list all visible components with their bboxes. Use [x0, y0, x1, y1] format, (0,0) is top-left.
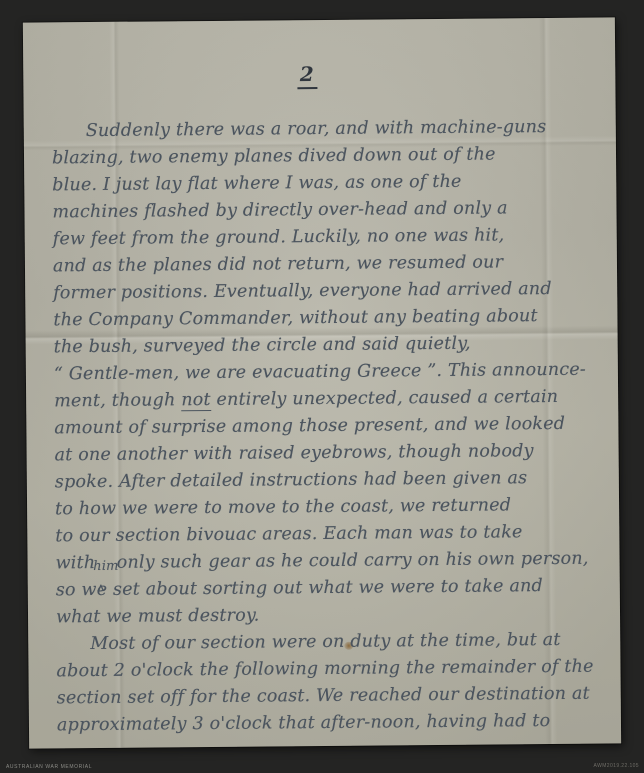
scan-background: 2 Suddenly there was a roar, and with ma…: [0, 0, 644, 773]
page-number: 2: [23, 59, 615, 91]
handwriting-line: spoke. After detailed instructions had b…: [55, 465, 607, 497]
handwriting-line: the Company Commander, without any beati…: [53, 303, 605, 335]
caret-icon: ʌ: [97, 573, 104, 600]
handwriting-line: so we set about sorting out what we were…: [56, 573, 608, 605]
handwritten-text: Suddenly there was a roar, and with mach…: [52, 114, 609, 740]
handwriting-line: approximately 3 o'clock that after-noon,…: [57, 708, 609, 740]
accession-number: AWM2019.22.105: [594, 763, 639, 769]
letter-page: 2 Suddenly there was a roar, and with ma…: [23, 17, 621, 748]
handwriting-line: Suddenly there was a roar, and with mach…: [52, 114, 604, 146]
awm-watermark: AUSTRALIAN WAR MEMORIAL: [6, 764, 92, 770]
